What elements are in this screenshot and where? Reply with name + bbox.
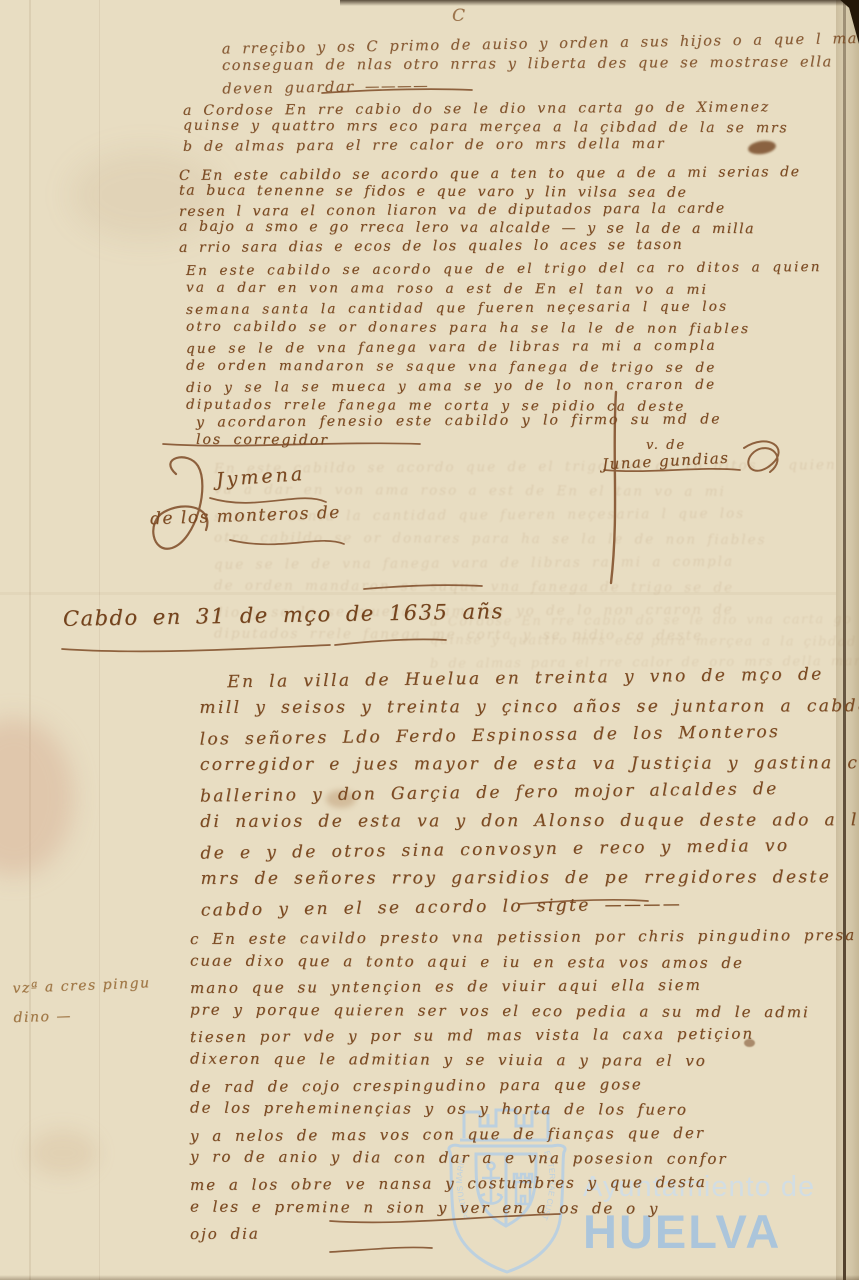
text-block-acta-1635: En la villa de Huelua en treinta y vno d…: [199, 662, 859, 923]
manuscript-text-line: dixeron que le admitian y se viuia a y p…: [190, 1047, 856, 1075]
manuscript-text-line: de orden mandaron se saque vna fanega de…: [214, 574, 837, 601]
margin-note-line: vzª a cres pingu: [12, 968, 151, 1004]
scan-top-edge: [340, 0, 859, 6]
scan-bottom-edge: [0, 1275, 859, 1280]
paper-crease-left: [29, 0, 31, 1280]
text-block-peticion-vecindad: c En este cavildo presto vna petission p…: [190, 925, 856, 1245]
manuscript-text-line: quinse y quattro mrs eco para merçea a l…: [430, 630, 859, 653]
manuscript-text-line: c En este cavildo presto vna petission p…: [190, 923, 856, 952]
text-block-acuerdo-2: C En este cabildo se acordo que a ten to…: [179, 165, 801, 255]
folio-top-mark: C: [452, 6, 465, 26]
manuscript-text-line: va a dar en von ama roso a est de En el …: [214, 478, 837, 505]
paper-foxing-spot: [28, 1130, 98, 1176]
text-block-opening: a rreçibo y os C primo de auiso y orden …: [222, 31, 859, 98]
manuscript-text-line: e les e premine n sion y ver en a os de …: [190, 1194, 856, 1222]
manuscript-text-line: que se le de vna fanega vara de libras r…: [214, 549, 837, 577]
text-block-acuerdo-1: a Cordose En rre cabio do se le dio vna …: [183, 100, 788, 154]
text-block-acuerdo-3: En este cabildo se acordo que de el trig…: [186, 260, 822, 416]
manuscript-text-line: En este cabildo se acordo que de el trig…: [214, 453, 837, 481]
manuscript-text-line: cuae dixo que a tonto aqui e iu en esta …: [190, 948, 856, 976]
manuscript-text-line: me a los obre ve nansa y costumbres y qu…: [190, 1169, 856, 1198]
manuscript-text-line: En este cabildo se acordo que de el trig…: [186, 258, 822, 281]
manuscript-text-line: tiesen por vde y por su md mas vista la …: [190, 1021, 856, 1050]
margin-note-line: dino —: [13, 999, 152, 1033]
manuscript-text-line: a rrio sara dias e ecos de los quales lo…: [179, 235, 801, 257]
manuscript-text-line: de rad de cojo crespingudino para que go…: [190, 1071, 856, 1100]
manuscript-text-line: En la villa de Huelua en treinta y vno d…: [199, 659, 859, 697]
manuscript-text-line: b de almas para el rre calor de oro mrs …: [183, 134, 789, 156]
manuscript-text-line: y acordaron fenesio este cabildo y lo fi…: [196, 409, 722, 432]
manuscript-text-line: los corregidor: [196, 430, 722, 452]
margin-note-vecindad: vzª a cres pingu dino —: [12, 969, 152, 1034]
manuscript-text-line: y ro de anio y dia con dar a e vna poses…: [190, 1145, 856, 1173]
manuscript-text-line: que se le de vna fanega vara de libras r…: [186, 336, 822, 359]
manuscript-text-line: otro cabildo se or donares para ha se la…: [214, 526, 837, 553]
manuscript-text-line: mano que su yntençion es de viuir aqui e…: [190, 972, 856, 1001]
manuscript-text-line: semana santa la cantidad que fueren neçe…: [186, 297, 822, 320]
manuscript-text-line: de los preheminençias y os y horta de lo…: [190, 1096, 856, 1124]
manuscript-page: PORTUS MARIS ET TERRAE CUSTODIA Ayuntami…: [0, 0, 859, 1280]
manuscript-text-line: dio y se la se mueca y ama se yo de lo n…: [186, 375, 822, 398]
paper-stain-pink: [0, 718, 74, 876]
manuscript-text-line: ojo dia: [190, 1218, 856, 1247]
text-block-cierre: y acordaron fenesio este cabildo y lo fi…: [196, 411, 721, 451]
